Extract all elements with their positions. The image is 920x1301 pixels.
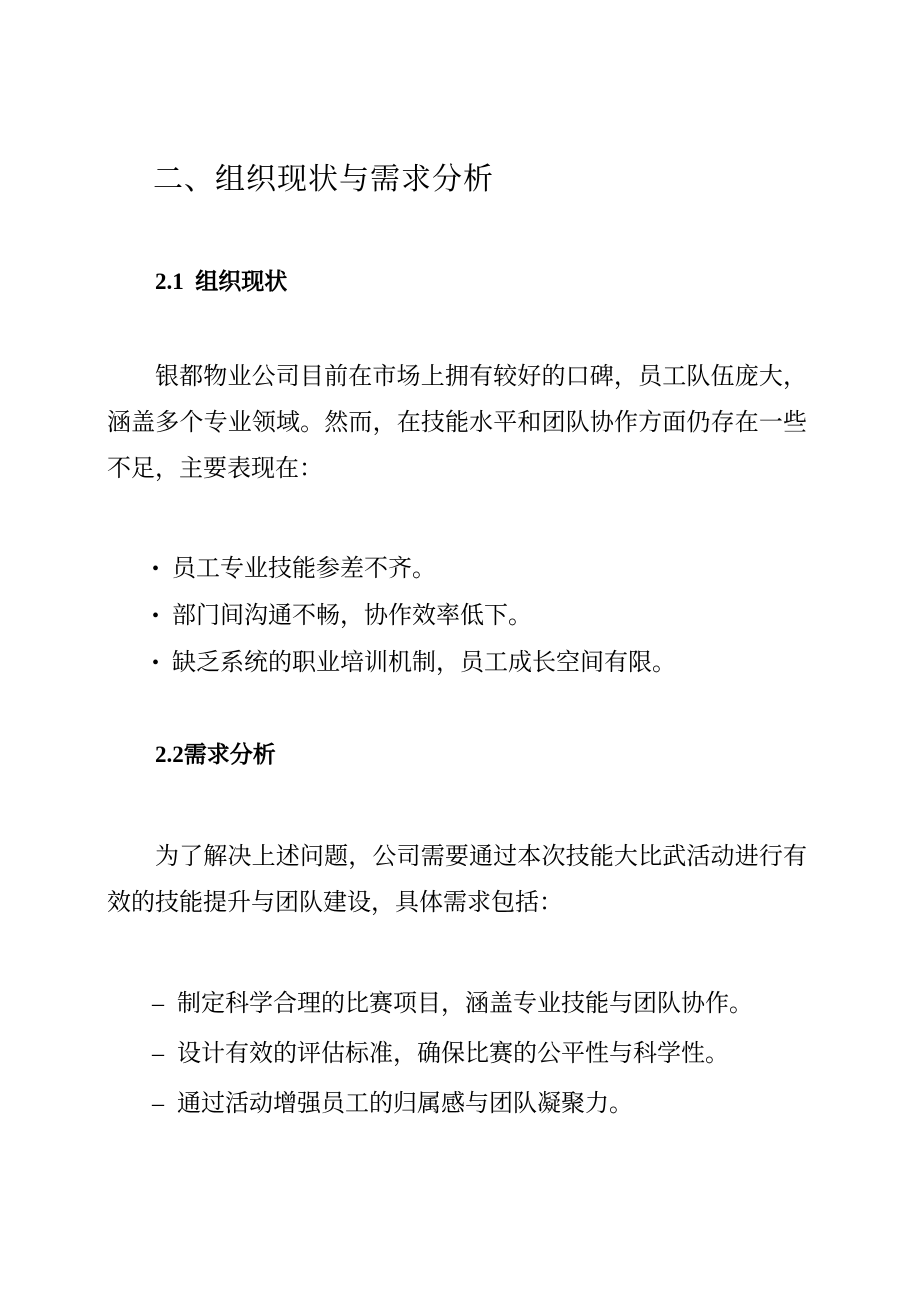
list-item-text: 部门间沟通不畅，协作效率低下。 <box>172 593 532 640</box>
list-item: • 部门间沟通不畅，协作效率低下。 <box>152 593 807 640</box>
list-item: • 员工专业技能参差不齐。 <box>152 546 807 593</box>
bullet-marker: • <box>152 593 172 640</box>
bullet-list: • 员工专业技能参差不齐。 • 部门间沟通不畅，协作效率低下。 • 缺乏系统的职… <box>152 546 807 687</box>
section-2-2-paragraph: 为了解决上述问题，公司需要通过本次技能大比武活动进行有效的技能提升与团队建设，具… <box>107 834 807 926</box>
list-item-text: 缺乏系统的职业培训机制，员工成长空间有限。 <box>172 640 676 687</box>
list-item-text: 通过活动增强员工的归属感与团队凝聚力。 <box>177 1079 633 1129</box>
section-heading-2-2: 2.2需求分析 <box>155 742 807 768</box>
dash-list: – 制定科学合理的比赛项目，涵盖专业技能与团队协作。 – 设计有效的评估标准，确… <box>152 979 807 1129</box>
list-item-text: 设计有效的评估标准，确保比赛的公平性与科学性。 <box>177 1029 729 1079</box>
list-item: – 设计有效的评估标准，确保比赛的公平性与科学性。 <box>152 1029 807 1079</box>
section-heading-2-1: 2.1 组织现状 <box>155 269 807 295</box>
bullet-marker: • <box>152 546 172 593</box>
main-heading: 二、组织现状与需求分析 <box>153 163 807 197</box>
list-item: – 制定科学合理的比赛项目，涵盖专业技能与团队协作。 <box>152 979 807 1029</box>
dash-marker: – <box>152 1079 177 1129</box>
bullet-marker: • <box>152 640 172 687</box>
list-item: – 通过活动增强员工的归属感与团队凝聚力。 <box>152 1079 807 1129</box>
list-item-text: 员工专业技能参差不齐。 <box>172 546 436 593</box>
dash-marker: – <box>152 1029 177 1079</box>
list-item-text: 制定科学合理的比赛项目，涵盖专业技能与团队协作。 <box>177 979 753 1029</box>
dash-marker: – <box>152 979 177 1029</box>
list-item: • 缺乏系统的职业培训机制，员工成长空间有限。 <box>152 640 807 687</box>
section-2-1-paragraph: 银都物业公司目前在市场上拥有较好的口碑，员工队伍庞大，涵盖多个专业领域。然而，在… <box>107 354 807 492</box>
document-page: 二、组织现状与需求分析 2.1 组织现状 银都物业公司目前在市场上拥有较好的口碑… <box>0 0 920 1301</box>
